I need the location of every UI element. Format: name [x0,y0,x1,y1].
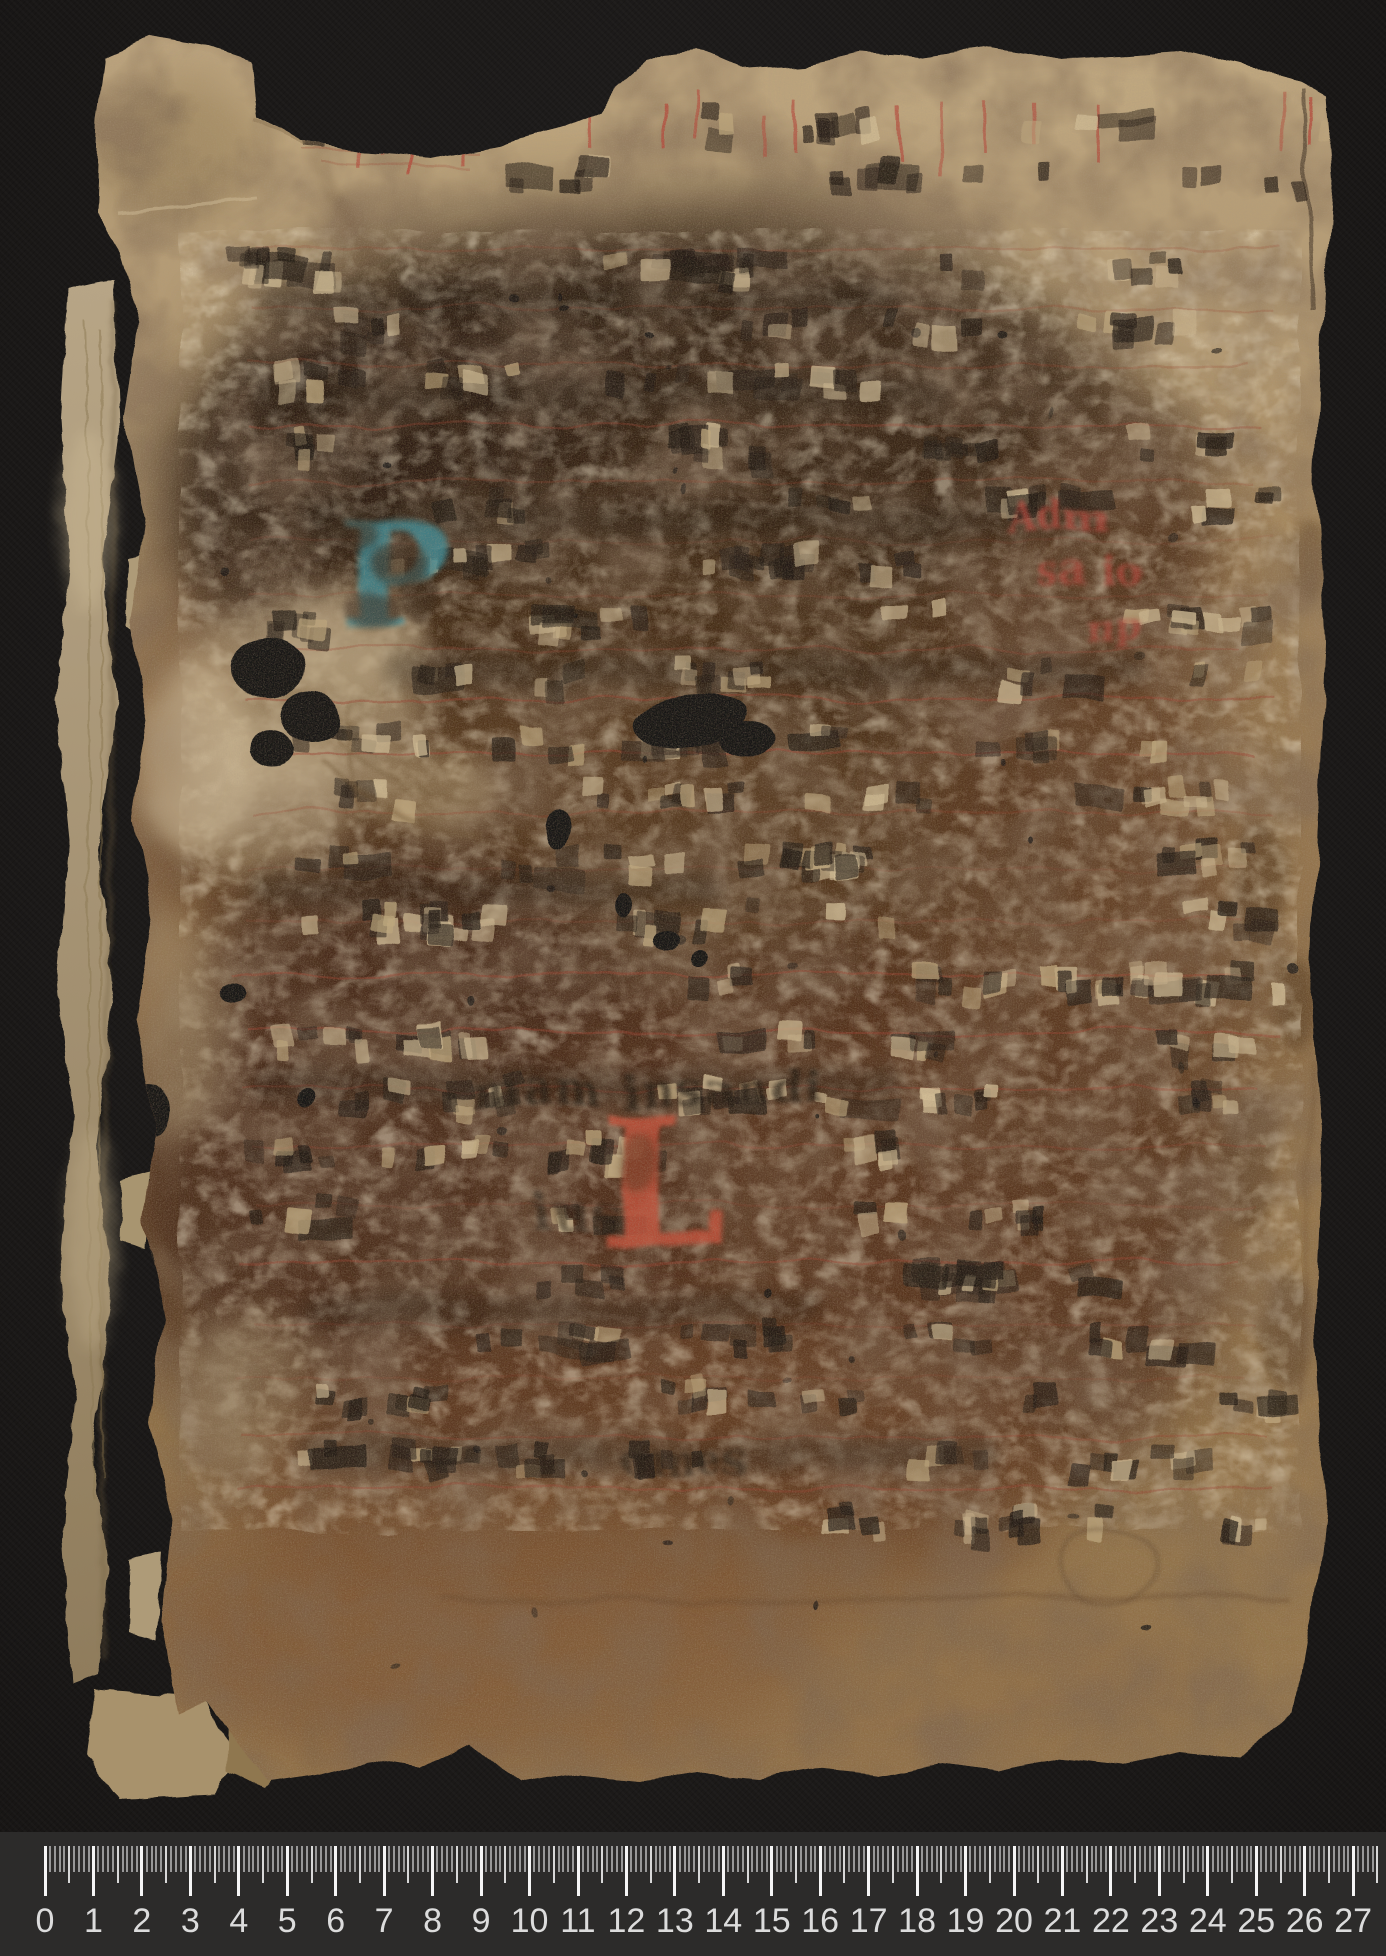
ruler-tick [538,1846,540,1872]
ruler-number: 12 [607,1902,645,1941]
ruler-tick [63,1846,65,1872]
ruler-tick [1338,1846,1340,1872]
ruler-number: 27 [1334,1902,1372,1941]
ruler-tick [606,1846,608,1872]
ruler-tick [1134,1846,1136,1883]
ruler-number: 5 [278,1902,297,1941]
ruler-tick [248,1846,250,1872]
ruler-tick [1042,1846,1044,1872]
ruler-tick [1284,1846,1286,1872]
ruler-tick [548,1846,550,1872]
ruler-tick [1299,1846,1301,1872]
ruler-tick [1226,1846,1228,1872]
ruler-tick [906,1846,908,1872]
ruler-tick [572,1846,574,1872]
ruler-tick [814,1846,816,1872]
ruler-tick [1221,1846,1223,1872]
ruler-tick [567,1846,569,1872]
ruler-tick [829,1846,831,1872]
ruler-tick [892,1846,894,1883]
ruler-tick [122,1846,124,1872]
ruler-tick [185,1846,187,1872]
ruler-tick [592,1846,594,1872]
ruler-tick [1347,1846,1349,1872]
ruler-tick [776,1846,778,1872]
ruler-tick [388,1846,390,1872]
ruler-number: 13 [656,1902,694,1941]
ruler-tick [155,1846,157,1872]
ruler-number: 14 [704,1902,742,1941]
ruler-number: 26 [1286,1902,1324,1941]
ruler-tick [398,1846,400,1872]
ruler-tick [330,1846,332,1872]
ruler-tick [640,1846,642,1872]
ruler-tick [277,1846,279,1872]
ruler-tick [1183,1846,1185,1883]
ruler-tick [524,1846,526,1872]
ruler-tick [669,1846,671,1872]
photo-backing-fabric: P L Adm sa io np mam insandi ius omes [0,0,1386,1956]
ruler-tick [703,1846,705,1872]
ruler-tick [519,1846,521,1872]
ruler-tick [693,1846,695,1872]
ruler-tick [1086,1846,1088,1883]
manuscript-photo: P L Adm sa io np mam insandi ius omes [0,0,1386,1956]
ruler-number: 2 [132,1902,151,1941]
ruler-tick [131,1846,133,1872]
ruler-tick [780,1846,782,1872]
ruler-tick [732,1846,734,1872]
ruler-tick [853,1846,855,1872]
ruler-tick [887,1846,889,1872]
parchment-leaf: P L Adm sa io np mam insandi ius omes [0,0,1386,1956]
ruler-tick [456,1846,458,1883]
ruler-tick [320,1846,322,1872]
ruler-tick [616,1846,618,1872]
ruler-tick [509,1846,511,1872]
ruler-number: 7 [375,1902,394,1941]
ruler-tick [621,1846,623,1872]
ruler-number: 0 [36,1902,55,1941]
ruler-tick [1250,1846,1252,1872]
ruler-tick [940,1846,942,1883]
ruler-tick [1236,1846,1238,1872]
ruler-tick [1105,1846,1107,1872]
ruler-tick [1057,1846,1059,1872]
ruler-tick [107,1846,109,1872]
ruler-tick [916,1846,919,1896]
ruler-tick [1129,1846,1131,1872]
ruler-tick [180,1846,182,1872]
ruler-tick [1109,1846,1112,1896]
ruler-tick [1008,1846,1010,1872]
ruler-tick [873,1846,875,1872]
ruler-tick [611,1846,613,1872]
ruler-tick [1275,1846,1277,1872]
ruler-tick [834,1846,836,1872]
ruler-tick [1173,1846,1175,1872]
ruler-tick [1071,1846,1073,1872]
ruler-tick [1197,1846,1199,1872]
ruler-tick [59,1846,61,1872]
ruler-tick [92,1846,95,1896]
ruler-tick [1154,1846,1156,1872]
ruler-tick [140,1846,143,1896]
ruler-tick [945,1846,947,1872]
ruler-tick [1309,1846,1311,1872]
ruler-tick [407,1846,409,1883]
ruler-tick [843,1846,845,1883]
ruler-tick [485,1846,487,1872]
ruler-tick [659,1846,661,1872]
ruler-tick [1168,1846,1170,1872]
ruler-tick [189,1846,192,1896]
ruler-tick [1037,1846,1039,1883]
ruler-tick [528,1846,531,1896]
ruler-number: 23 [1140,1902,1178,1941]
ruler-tick [286,1846,289,1896]
ruler-number: 4 [229,1902,248,1941]
ruler-tick [1081,1846,1083,1872]
ruler-tick [1372,1846,1374,1872]
ruler-tick [1328,1846,1330,1883]
ruler-tick [858,1846,860,1872]
ruler-tick [1115,1846,1117,1872]
ruler-tick [950,1846,952,1872]
ruler-tick [461,1846,463,1872]
ruler-tick [635,1846,637,1872]
ruler-tick [964,1846,967,1896]
ruler-tick [911,1846,913,1872]
parchment-grain [0,0,1386,1956]
ruler-tick [810,1846,812,1872]
ruler-tick [630,1846,632,1872]
ruler-tick [1091,1846,1093,1872]
measurement-ruler: 0123456789101112131415161718192021222324… [0,1832,1386,1956]
ruler-tick [1158,1846,1161,1896]
ruler-tick [897,1846,899,1872]
ruler-number: 24 [1189,1902,1227,1941]
ruler-tick [708,1846,710,1872]
ruler-tick [218,1846,220,1872]
ruler-tick [364,1846,366,1872]
ruler-tick [582,1846,584,1872]
ruler-tick [1120,1846,1122,1872]
ruler-tick [1100,1846,1102,1872]
ruler-tick [655,1846,657,1872]
ruler-tick [1362,1846,1364,1872]
ruler-tick [209,1846,211,1872]
ruler-tick [490,1846,492,1872]
ruler-tick [664,1846,666,1872]
ruler-tick [393,1846,395,1872]
ruler-tick [926,1846,928,1872]
ruler-tick [1333,1846,1335,1872]
ruler-tick [504,1846,506,1883]
ruler-number: 25 [1237,1902,1275,1941]
ruler-tick [1061,1846,1064,1896]
ruler-tick [742,1846,744,1872]
ruler-number: 22 [1092,1902,1130,1941]
ruler-tick [383,1846,386,1896]
ruler-tick [1066,1846,1068,1872]
ruler-tick [727,1846,729,1872]
ruler-tick [340,1846,342,1872]
ruler-number: 21 [1044,1902,1082,1941]
ruler-tick [88,1846,90,1872]
ruler-tick [543,1846,545,1872]
ruler-tick [262,1846,264,1883]
ruler-tick [824,1846,826,1872]
ruler-tick [151,1846,153,1872]
ruler-tick [1318,1846,1320,1872]
ruler-tick [848,1846,850,1872]
ruler-number: 3 [181,1902,200,1941]
ruler-tick [921,1846,923,1872]
ruler-tick [1052,1846,1054,1872]
ruler-tick [645,1846,647,1872]
ruler-tick [126,1846,128,1872]
ruler-tick [1343,1846,1345,1872]
ruler-tick [54,1846,56,1872]
ruler-tick [969,1846,971,1872]
ruler-tick [999,1846,1001,1872]
ruler-tick [359,1846,361,1883]
ruler-tick [1260,1846,1262,1872]
ruler-tick [1217,1846,1219,1872]
ruler-number: 8 [423,1902,442,1941]
ruler-tick [136,1846,138,1872]
ruler-number: 11 [560,1902,595,1941]
ruler-tick [747,1846,749,1883]
ruler-tick [1280,1846,1282,1883]
ruler-tick [223,1846,225,1872]
ruler-tick [558,1846,560,1872]
ruler-tick [1313,1846,1315,1872]
ruler-tick [281,1846,283,1872]
ruler-tick [1144,1846,1146,1872]
ruler-tick [422,1846,424,1872]
ruler-tick [1192,1846,1194,1872]
ruler-tick [790,1846,792,1872]
ruler-tick [495,1846,497,1872]
ruler-tick [805,1846,807,1872]
ruler-tick [882,1846,884,1872]
ruler-tick [146,1846,148,1872]
ruler-tick [587,1846,589,1872]
ruler-tick [1265,1846,1267,1872]
ruler-tick [1206,1846,1209,1896]
ruler-tick [839,1846,841,1872]
ruler-tick [795,1846,797,1883]
ruler-tick [194,1846,196,1872]
ruler-number: 15 [753,1902,791,1941]
ruler-tick [679,1846,681,1872]
ruler-tick [800,1846,802,1872]
ruler-tick [466,1846,468,1872]
ruler-tick [902,1846,904,1872]
ruler-tick [78,1846,80,1872]
ruler-tick [1178,1846,1180,1872]
ruler-tick [1163,1846,1165,1872]
ruler-tick [770,1846,773,1896]
ruler-tick [237,1846,240,1896]
ruler-tick [984,1846,986,1872]
ruler-tick [441,1846,443,1872]
ruler-tick [272,1846,274,1872]
ruler-tick [1023,1846,1025,1872]
ruler-number: 6 [326,1902,345,1941]
ruler-tick [1202,1846,1204,1872]
ruler-tick [577,1846,580,1896]
ruler-tick [73,1846,75,1872]
ruler-tick [819,1846,822,1896]
ruler-tick [553,1846,555,1883]
ruler-tick [291,1846,293,1872]
ruler-tick [673,1846,676,1896]
ruler-number: 18 [898,1902,936,1941]
ruler-tick [1303,1846,1306,1896]
ruler-tick [684,1846,686,1872]
ruler-tick [1246,1846,1248,1872]
ruler-tick [117,1846,119,1883]
ruler-tick [877,1846,879,1872]
ruler-tick [480,1846,483,1896]
ruler-tick [989,1846,991,1883]
ruler-tick [214,1846,216,1883]
ruler-tick [761,1846,763,1872]
ruler-tick [1231,1846,1233,1883]
ruler-number: 9 [472,1902,491,1941]
ruler-tick [83,1846,85,1872]
ruler-tick [1255,1846,1258,1896]
ruler-tick [751,1846,753,1872]
ruler-tick [1047,1846,1049,1872]
ruler-tick [979,1846,981,1872]
ruler-tick [378,1846,380,1872]
ruler-tick [446,1846,448,1872]
ruler-tick [160,1846,162,1872]
ruler-tick [688,1846,690,1872]
ruler-tick [766,1846,768,1872]
ruler-tick [112,1846,114,1872]
ruler-number: 19 [947,1902,985,1941]
ruler-tick [417,1846,419,1872]
ruler-tick [475,1846,477,1872]
ruler-number: 16 [801,1902,839,1941]
ruler-tick [354,1846,356,1872]
ruler-tick [601,1846,603,1883]
ruler-tick [1376,1846,1378,1883]
ruler-number: 1 [84,1902,103,1941]
ruler-tick [325,1846,327,1872]
ruler-tick [1124,1846,1126,1872]
ruler-tick [596,1846,598,1872]
ruler-tick [175,1846,177,1872]
ruler-tick [713,1846,715,1872]
ruler-tick [974,1846,976,1872]
ruler-tick [1357,1846,1359,1872]
ruler-tick [1095,1846,1097,1872]
ruler-tick [403,1846,405,1872]
ruler-tick [737,1846,739,1872]
ruler-tick [1076,1846,1078,1872]
ruler-number: 17 [850,1902,888,1941]
ruler-tick [49,1846,51,1872]
ruler-tick [311,1846,313,1883]
ruler-tick [233,1846,235,1872]
ruler-tick [1187,1846,1189,1872]
ruler-tick [625,1846,628,1896]
ruler-tick [344,1846,346,1872]
ruler-tick [1352,1846,1355,1896]
ruler-tick [722,1846,725,1896]
ruler-tick [97,1846,99,1872]
ruler-tick [436,1846,438,1872]
ruler-tick [102,1846,104,1872]
ruler-tick [533,1846,535,1872]
ruler-tick [1270,1846,1272,1872]
ruler-tick [301,1846,303,1872]
ruler-tick [867,1846,870,1896]
ruler-tick [306,1846,308,1872]
ruler-tick [204,1846,206,1872]
ruler-tick [1323,1846,1325,1872]
ruler-tick [349,1846,351,1872]
ruler-tick [296,1846,298,1872]
ruler-tick [863,1846,865,1872]
ruler-tick [1003,1846,1005,1872]
ruler-tick [451,1846,453,1872]
ruler-tick [1018,1846,1020,1872]
ruler-tick [374,1846,376,1872]
ruler-tick [698,1846,700,1883]
ruler-tick [243,1846,245,1872]
ruler-tick [1149,1846,1151,1872]
ruler-tick [267,1846,269,1872]
ruler-tick [1212,1846,1214,1872]
ruler-tick [315,1846,317,1872]
ruler-tick [650,1846,652,1883]
ruler-tick [228,1846,230,1872]
ruler-tick [257,1846,259,1872]
ruler-tick [170,1846,172,1872]
ruler-tick [369,1846,371,1872]
ruler-tick [427,1846,429,1872]
ruler-tick [1241,1846,1243,1872]
ruler-tick [936,1846,938,1872]
ruler-tick [955,1846,957,1872]
ruler-tick [199,1846,201,1872]
ruler-tick [931,1846,933,1872]
ruler-tick [994,1846,996,1872]
ruler-tick [1013,1846,1016,1896]
ruler-tick [252,1846,254,1872]
ruler-tick [44,1846,47,1896]
ruler-tick [412,1846,414,1872]
ruler-tick [785,1846,787,1872]
ruler-tick [1139,1846,1141,1872]
ruler-tick [334,1846,337,1896]
ruler-tick [514,1846,516,1872]
ruler-tick [1294,1846,1296,1872]
ruler-number: 20 [995,1902,1033,1941]
ruler-tick [1289,1846,1291,1872]
ruler-number: 10 [511,1902,549,1941]
ruler-tick [960,1846,962,1872]
ruler-tick [470,1846,472,1872]
parchment-chip [128,1552,162,1640]
